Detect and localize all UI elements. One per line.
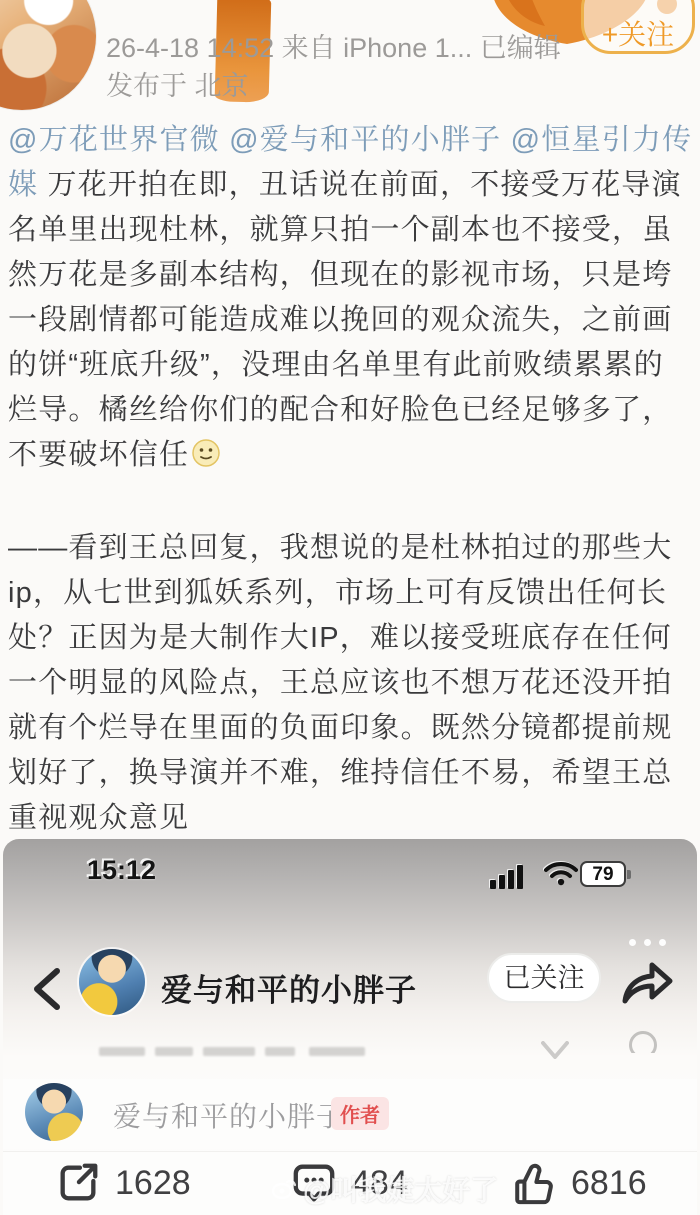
emoji-face-partial-icon[interactable]	[629, 1021, 661, 1053]
poster-avatar[interactable]	[0, 0, 96, 110]
cellular-signal-icon	[490, 865, 523, 889]
thumbs-up-icon	[511, 1160, 557, 1206]
watermark: @叫我婕太好了	[271, 1169, 498, 1209]
profile-avatar[interactable]	[79, 949, 145, 1015]
profile-name: 爱与和平的小胖子	[161, 965, 417, 1010]
like-count: 6816	[571, 1164, 647, 1203]
mention-link-1[interactable]: @万花世界官微	[8, 124, 220, 156]
post-timestamp: 26-4-18 14:52 来自 iPhone 1... 已编辑	[106, 26, 561, 65]
comment-avatar[interactable]	[25, 1083, 83, 1141]
share-action[interactable]: 1628	[55, 1160, 191, 1206]
comment-row[interactable]: 爱与和平的小胖子 作者	[3, 1079, 697, 1149]
share-arrow-icon[interactable]	[619, 957, 675, 1009]
embedded-screenshot: 15:12 79 爱与和平的小胖子 已关注	[3, 839, 697, 1215]
post-paragraph-1: @万花世界官微 @爱与和平的小胖子 @恒星引力传媒 万花开拍在即，丑话说在前面，…	[8, 118, 694, 478]
post-location: 发布于 北京	[106, 64, 249, 103]
followed-button[interactable]: 已关注	[487, 953, 601, 1003]
weibo-post-page: +关注 26-4-18 14:52 来自 iPhone 1... 已编辑 发布于…	[0, 0, 700, 1215]
chevron-down-icon[interactable]	[539, 1039, 571, 1063]
back-icon[interactable]	[29, 965, 63, 1013]
mention-link-2[interactable]: @爱与和平的小胖子	[229, 124, 501, 156]
follow-button[interactable]: +关注	[581, 0, 695, 54]
comment-username[interactable]: 爱与和平的小胖子	[113, 1095, 345, 1135]
battery-icon: 79	[580, 861, 626, 887]
like-action[interactable]: 6816	[511, 1160, 647, 1206]
more-options-icon[interactable]	[629, 939, 666, 946]
watermark-text: @叫我婕太好了	[303, 1169, 498, 1209]
partially-scrolled-row	[3, 1035, 697, 1069]
status-bar-time: 15:12	[87, 855, 156, 886]
profile-header-row: 爱与和平的小胖子 已关注	[3, 957, 697, 1027]
wifi-icon	[544, 861, 578, 887]
author-badge: 作者	[331, 1097, 389, 1130]
post-paragraph-2: ——看到王总回复，我想说的是杜林拍过的那些大ip，从七世到狐妖系列，市场上可有反…	[8, 526, 694, 841]
slight-smile-emoji	[191, 438, 221, 468]
paragraph-1-text: 万花开拍在即，丑话说在前面，不接受万花导演名单里出现杜林，就算只拍一个副本也不接…	[8, 169, 682, 471]
share-icon	[55, 1160, 101, 1206]
share-count: 1628	[115, 1164, 191, 1203]
weibo-logo-icon	[271, 1176, 297, 1202]
